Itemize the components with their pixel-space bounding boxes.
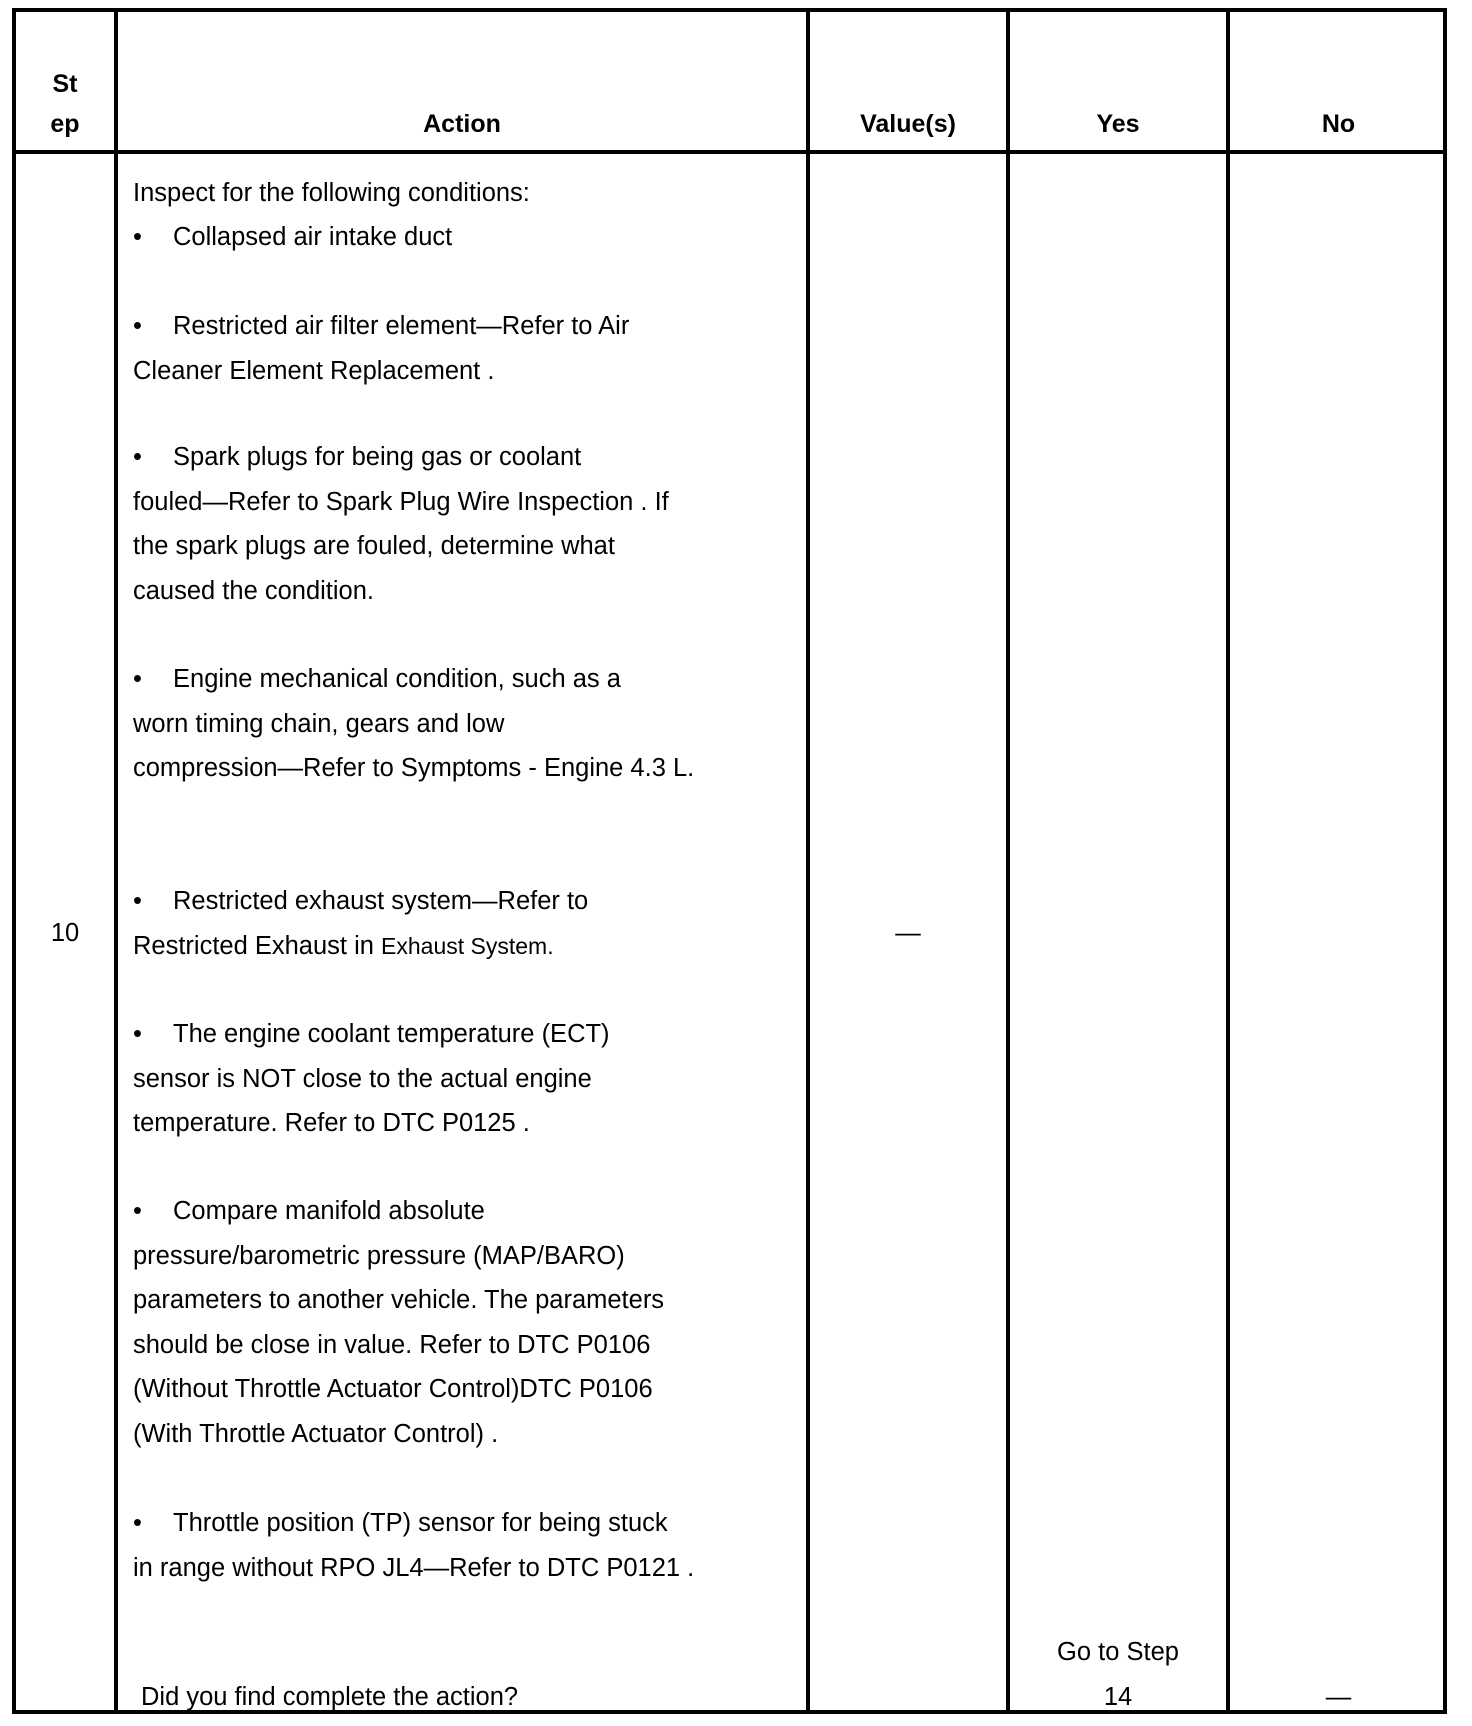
action-line-text: (Without Throttle Actuator Control)DTC P…: [133, 1375, 653, 1403]
action-line-text: Restricted air filter element—Refer to A…: [173, 312, 629, 340]
action-line-suffix: Exhaust System.: [381, 933, 554, 959]
action-line-text: Inspect for the following conditions:: [133, 179, 530, 207]
values-cell: —: [810, 918, 1006, 948]
bullet-icon: •: [133, 664, 173, 694]
action-line-text: Restricted Exhaust in: [133, 932, 381, 960]
condition-item-line: in range without RPO JL4—Refer to DTC P0…: [133, 1553, 694, 1583]
bullet-icon: •: [133, 222, 173, 252]
header-action: Action: [118, 104, 806, 144]
action-line-text: Restricted exhaust system—Refer to: [173, 887, 588, 915]
bullet-icon: •: [133, 886, 173, 916]
condition-item-line: the spark plugs are fouled, determine wh…: [133, 531, 615, 561]
condition-item-line: temperature. Refer to DTC P0125 .: [133, 1108, 530, 1138]
action-line-text: Cleaner Element Replacement .: [133, 357, 494, 385]
action-line-text: sensor is NOT close to the actual engine: [133, 1065, 592, 1093]
header-no: No: [1230, 104, 1447, 144]
action-line-text: parameters to another vehicle. The param…: [133, 1286, 664, 1314]
diagnostic-table: [12, 8, 1447, 1714]
condition-item-line: compression—Refer to Symptoms - Engine 4…: [133, 753, 694, 783]
header-step-line1: St: [16, 64, 114, 104]
condition-item-line: sensor is NOT close to the actual engine: [133, 1064, 592, 1094]
condition-item-line: (Without Throttle Actuator Control)DTC P…: [133, 1374, 653, 1404]
condition-item-line: Restricted Exhaust in Exhaust System.: [133, 931, 554, 961]
condition-item-line: Cleaner Element Replacement .: [133, 356, 494, 386]
action-question: Did you find complete the action?: [141, 1682, 518, 1712]
condition-item-line: •The engine coolant temperature (ECT): [133, 1019, 610, 1049]
action-line-text: the spark plugs are fouled, determine wh…: [133, 532, 615, 560]
column-divider: [806, 8, 810, 1714]
condition-item-line: parameters to another vehicle. The param…: [133, 1285, 664, 1315]
condition-item-line: should be close in value. Refer to DTC P…: [133, 1330, 650, 1360]
action-line-text: caused the condition.: [133, 577, 374, 605]
action-line-text: should be close in value. Refer to DTC P…: [133, 1331, 650, 1359]
condition-item-line: caused the condition.: [133, 576, 374, 606]
action-line-text: Throttle position (TP) sensor for being …: [173, 1509, 668, 1537]
action-intro: Inspect for the following conditions:: [133, 178, 530, 208]
action-line-text: compression—Refer to Symptoms - Engine 4…: [133, 754, 694, 782]
column-divider: [1226, 8, 1230, 1714]
condition-item-line: pressure/barometric pressure (MAP/BARO): [133, 1241, 625, 1271]
step-number: 10: [16, 918, 114, 948]
action-line-text: pressure/barometric pressure (MAP/BARO): [133, 1242, 625, 1270]
bullet-icon: •: [133, 1019, 173, 1049]
action-line-text: temperature. Refer to DTC P0125 .: [133, 1109, 530, 1137]
action-line-text: fouled—Refer to Spark Plug Wire Inspecti…: [133, 488, 669, 516]
action-line-text: worn timing chain, gears and low: [133, 710, 504, 738]
condition-item-line: •Spark plugs for being gas or coolant: [133, 442, 581, 472]
condition-item-line: •Compare manifold absolute: [133, 1196, 485, 1226]
action-line-text: Spark plugs for being gas or coolant: [173, 443, 581, 471]
bullet-icon: •: [133, 442, 173, 472]
condition-item-line: •Throttle position (TP) sensor for being…: [133, 1508, 668, 1538]
header-divider: [12, 150, 1447, 154]
condition-item-line: •Restricted air filter element—Refer to …: [133, 311, 629, 341]
condition-item-line: •Engine mechanical condition, such as a: [133, 664, 621, 694]
header-step-line2: ep: [16, 104, 114, 144]
no-cell: —: [1230, 1682, 1447, 1712]
bullet-icon: •: [133, 1508, 173, 1538]
condition-item-line: worn timing chain, gears and low: [133, 709, 504, 739]
action-line-text: in range without RPO JL4—Refer to DTC P0…: [133, 1554, 694, 1582]
condition-item-line: •Collapsed air intake duct: [133, 222, 452, 252]
action-line-text: Compare manifold absolute: [173, 1197, 485, 1225]
condition-item-line: (With Throttle Actuator Control) .: [133, 1419, 498, 1449]
action-line-text: Engine mechanical condition, such as a: [173, 665, 621, 693]
action-line-text: (With Throttle Actuator Control) .: [133, 1420, 498, 1448]
bullet-icon: •: [133, 311, 173, 341]
header-values: Value(s): [810, 104, 1006, 144]
header-yes: Yes: [1010, 104, 1226, 144]
condition-item-line: •Restricted exhaust system—Refer to: [133, 886, 588, 916]
column-divider: [1006, 8, 1010, 1714]
bullet-icon: •: [133, 1196, 173, 1226]
yes-go-to-step-label: Go to Step: [1010, 1637, 1226, 1667]
action-line-text: Collapsed air intake duct: [173, 223, 452, 251]
header-step: St ep: [16, 64, 114, 144]
column-divider: [114, 8, 118, 1714]
action-line-text: The engine coolant temperature (ECT): [173, 1020, 610, 1048]
yes-step-number[interactable]: 14: [1010, 1682, 1226, 1712]
condition-item-line: fouled—Refer to Spark Plug Wire Inspecti…: [133, 487, 669, 517]
